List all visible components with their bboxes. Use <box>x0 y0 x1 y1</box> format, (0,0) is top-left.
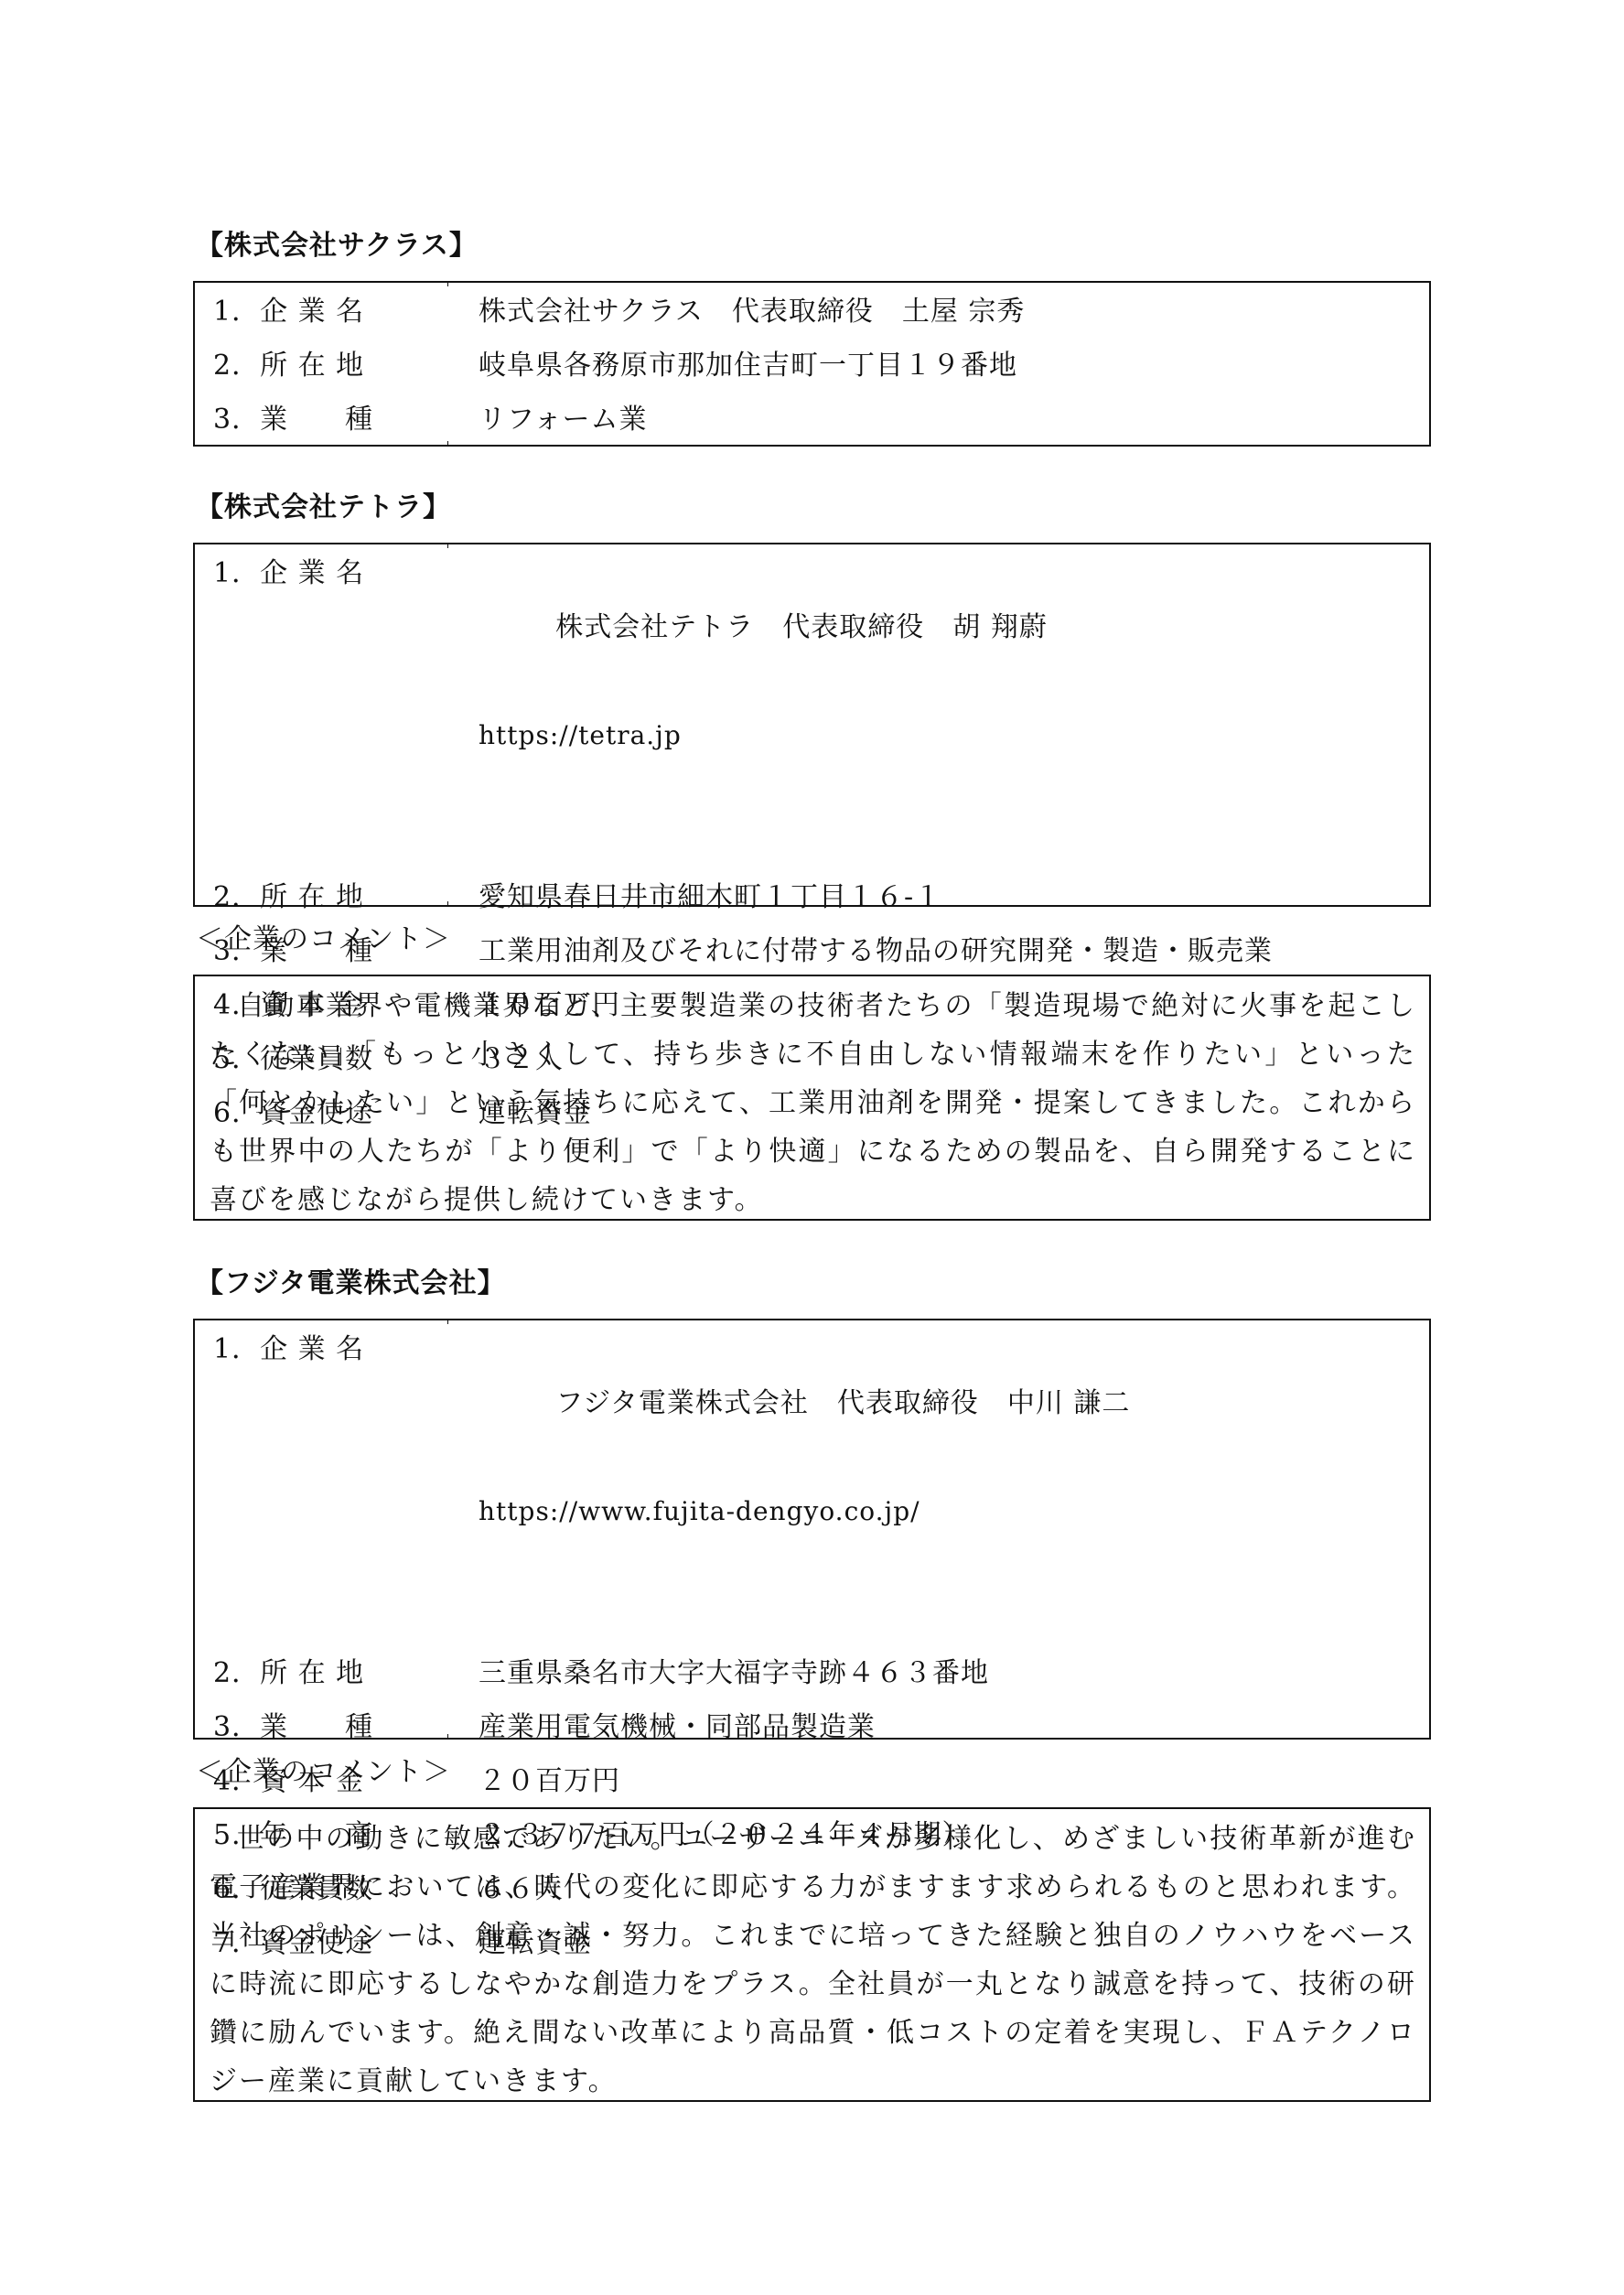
comment-box-fujita: 世の中の動きに敏感でありたい。ユーザーニーズが多様化し、めざましい技術革新が進む… <box>193 1807 1431 2102</box>
document-page: 【株式会社サクラス】 1．企 業 名 株式会社サクラス 代表取締役 土屋 宗秀 … <box>0 0 1624 2295</box>
info-value: 三重県桑名市大字大福字寺跡４６３番地 <box>479 1646 1429 1700</box>
column-divider-tick <box>447 1734 448 1740</box>
company-url-link[interactable]: https://www.fujita-dengyo.co.jp/ <box>479 1484 1429 1538</box>
column-divider-tick <box>447 441 448 447</box>
info-row-company-name: 1．企 業 名 株式会社テトラ 代表取締役 胡 翔蔚 https://tetra… <box>195 546 1429 870</box>
info-label: 1．企 業 名 <box>213 1322 479 1376</box>
comment-label-fujita: ＜企業のコメント＞ <box>196 1754 451 1791</box>
company-info-table-tetra: 1．企 業 名 株式会社テトラ 代表取締役 胡 翔蔚 https://tetra… <box>193 543 1431 907</box>
info-value: リフォーム業 <box>479 393 1429 447</box>
info-row-company-name: 1．企 業 名 フジタ電業株式会社 代表取締役 中川 謙二 https://ww… <box>195 1322 1429 1646</box>
company-heading-sakurasu: 【株式会社サクラス】 <box>196 228 478 264</box>
comment-label-tetra: ＜企業のコメント＞ <box>196 921 451 958</box>
info-value: 岐阜県各務原市那加住吉町一丁目１９番地 <box>479 339 1429 393</box>
info-label: 3．業 種 <box>213 1700 479 1754</box>
column-divider-tick <box>447 543 448 548</box>
info-row-address: 2．所 在 地 愛知県春日井市細木町１丁目１６-１ <box>195 870 1429 924</box>
info-value: 工業用油剤及びそれに付帯する物品の研究開発・製造・販売業 <box>479 924 1429 978</box>
comment-text: 自動車業界や電機業界など、主要製造業の技術者たちの「製造現場で絶対に火事を起こし… <box>210 982 1416 1224</box>
info-row-address: 2．所 在 地 岐阜県各務原市那加住吉町一丁目１９番地 <box>195 339 1429 393</box>
info-row-industry: 3．業 種 産業用電気機械・同部品製造業 <box>195 1700 1429 1754</box>
company-heading-fujita: 【フジタ電業株式会社】 <box>196 1266 506 1302</box>
info-value-group: 株式会社テトラ 代表取締役 胡 翔蔚 https://tetra.jp <box>479 546 1429 870</box>
comment-box-tetra: 自動車業界や電機業界など、主要製造業の技術者たちの「製造現場で絶対に火事を起こし… <box>193 975 1431 1221</box>
info-value: フジタ電業株式会社 代表取締役 中川 謙二 <box>555 1387 1130 1419</box>
info-row-address: 2．所 在 地 三重県桑名市大字大福字寺跡４６３番地 <box>195 1646 1429 1700</box>
info-label: 2．所 在 地 <box>213 339 479 393</box>
info-label: 2．所 在 地 <box>213 1646 479 1700</box>
comment-text: 世の中の動きに敏感でありたい。ユーザーニーズが多様化し、めざましい技術革新が進む… <box>210 1815 1416 2106</box>
info-value: 愛知県春日井市細木町１丁目１６-１ <box>479 870 1429 924</box>
column-divider-tick <box>447 281 448 286</box>
info-value-group: フジタ電業株式会社 代表取締役 中川 謙二 https://www.fujita… <box>479 1322 1429 1646</box>
company-url-link[interactable]: https://tetra.jp <box>479 708 1429 762</box>
column-divider-tick <box>447 901 448 907</box>
info-label: 1．企 業 名 <box>213 546 479 600</box>
column-divider-tick <box>447 1319 448 1324</box>
info-label: 1．企 業 名 <box>213 285 479 339</box>
company-heading-tetra: 【株式会社テトラ】 <box>196 490 451 526</box>
info-label: 3．業 種 <box>213 393 479 447</box>
info-value: 産業用電気機械・同部品製造業 <box>479 1700 1429 1754</box>
info-value: ２０百万円 <box>479 1754 1429 1808</box>
info-value: 株式会社サクラス 代表取締役 土屋 宗秀 <box>479 285 1429 339</box>
info-row-company-name: 1．企 業 名 株式会社サクラス 代表取締役 土屋 宗秀 <box>195 285 1429 339</box>
info-label: 2．所 在 地 <box>213 870 479 924</box>
info-value: 株式会社テトラ 代表取締役 胡 翔蔚 <box>555 611 1048 643</box>
company-info-table-fujita: 1．企 業 名 フジタ電業株式会社 代表取締役 中川 謙二 https://ww… <box>193 1319 1431 1740</box>
info-row-industry: 3．業 種 リフォーム業 <box>195 393 1429 447</box>
company-info-table-sakurasu: 1．企 業 名 株式会社サクラス 代表取締役 土屋 宗秀 2．所 在 地 岐阜県… <box>193 281 1431 447</box>
